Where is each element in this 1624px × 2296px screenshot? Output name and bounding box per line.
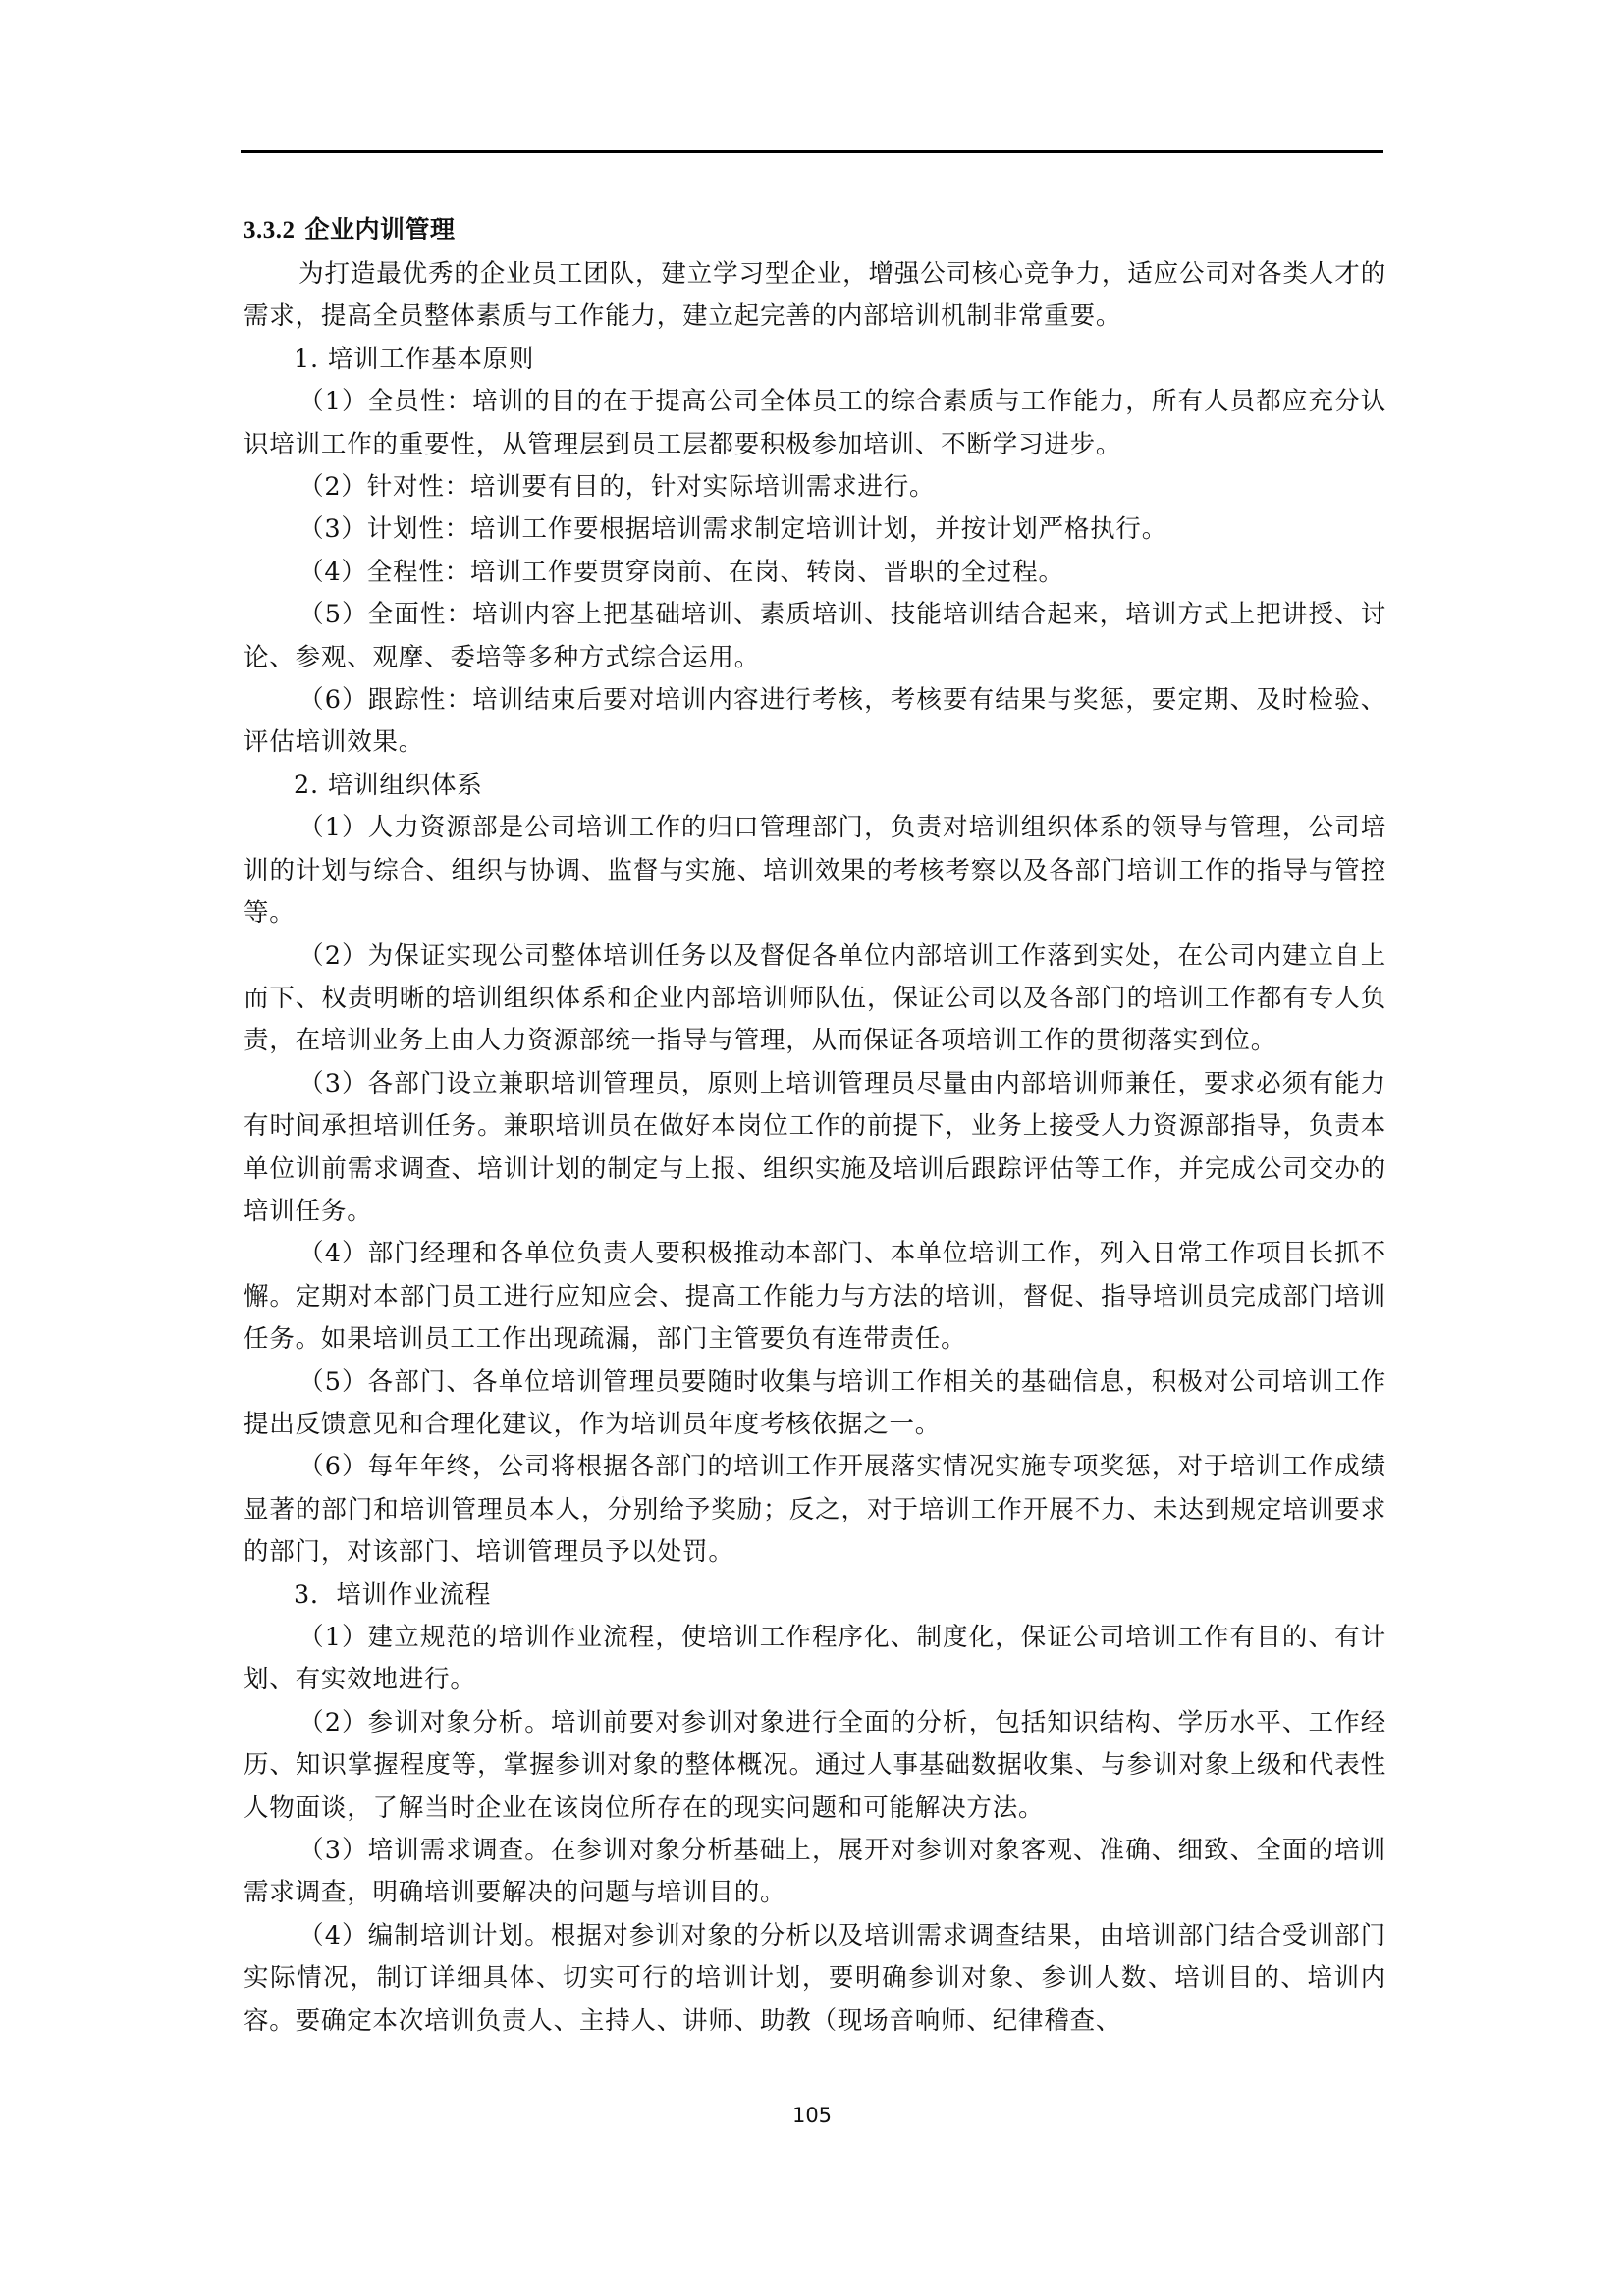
intro-paragraph: 为打造最优秀的企业员工团队，建立学习型企业，增强公司核心竞争力，适应公司对各类人…	[244, 253, 1386, 339]
header-rule	[241, 150, 1383, 153]
principle-item: （5）全面性：培训内容上把基础培训、素质培训、技能培训结合起来，培训方式上把讲授…	[244, 594, 1386, 679]
organization-item: （5）各部门、各单位培训管理员要随时收集与培训工作相关的基础信息，积极对公司培训…	[244, 1362, 1386, 1447]
process-item: （2）参训对象分析。培训前要对参训对象进行全面的分析，包括知识结构、学历水平、工…	[244, 1702, 1386, 1830]
page-number: 105	[0, 2101, 1624, 2130]
principle-item: （3）计划性：培训工作要根据培训需求制定培训计划，并按计划严格执行。	[244, 508, 1386, 551]
subheading-process: 3．培训作业流程	[244, 1575, 1386, 1617]
organization-item: （1）人力资源部是公司培训工作的归口管理部门，负责对培训组织体系的领导与管理，公…	[244, 807, 1386, 934]
organization-item: （2）为保证实现公司整体培训任务以及督促各单位内部培训工作落到实处，在公司内建立…	[244, 935, 1386, 1063]
page-content: 3.3.2企业内训管理 为打造最优秀的企业员工团队，建立学习型企业，增强公司核心…	[244, 208, 1386, 2043]
process-item: （4）编制培训计划。根据对参训对象的分析以及培训需求调查结果，由培训部门结合受训…	[244, 1915, 1386, 2043]
organization-item: （3）各部门设立兼职培训管理员，原则上培训管理员尽量由内部培训师兼任，要求必须有…	[244, 1063, 1386, 1234]
section-heading: 3.3.2企业内训管理	[244, 208, 1386, 251]
process-item: （3）培训需求调查。在参训对象分析基础上，展开对参训对象客观、准确、细致、全面的…	[244, 1830, 1386, 1915]
principle-item: （2）针对性：培训要有目的，针对实际培训需求进行。	[244, 466, 1386, 508]
principle-item: （4）全程性：培训工作要贯穿岗前、在岗、转岗、晋职的全过程。	[244, 552, 1386, 594]
subheading-organization: 2. 培训组织体系	[244, 765, 1386, 807]
process-item: （1）建立规范的培训作业流程，使培训工作程序化、制度化，保证公司培训工作有目的、…	[244, 1617, 1386, 1702]
section-title: 企业内训管理	[305, 215, 456, 243]
document-page: 3.3.2企业内训管理 为打造最优秀的企业员工团队，建立学习型企业，增强公司核心…	[0, 0, 1624, 2296]
subheading-principles: 1. 培训工作基本原则	[244, 339, 1386, 381]
organization-item: （4）部门经理和各单位负责人要积极推动本部门、本单位培训工作，列入日常工作项目长…	[244, 1233, 1386, 1361]
principle-item: （1）全员性：培训的目的在于提高公司全体员工的综合素质与工作能力，所有人员都应充…	[244, 381, 1386, 466]
organization-item: （6）每年年终，公司将根据各部门的培训工作开展落实情况实施专项奖惩，对于培训工作…	[244, 1446, 1386, 1574]
section-number: 3.3.2	[244, 217, 296, 243]
principle-item: （6）跟踪性：培训结束后要对培训内容进行考核，考核要有结果与奖惩，要定期、及时检…	[244, 679, 1386, 765]
